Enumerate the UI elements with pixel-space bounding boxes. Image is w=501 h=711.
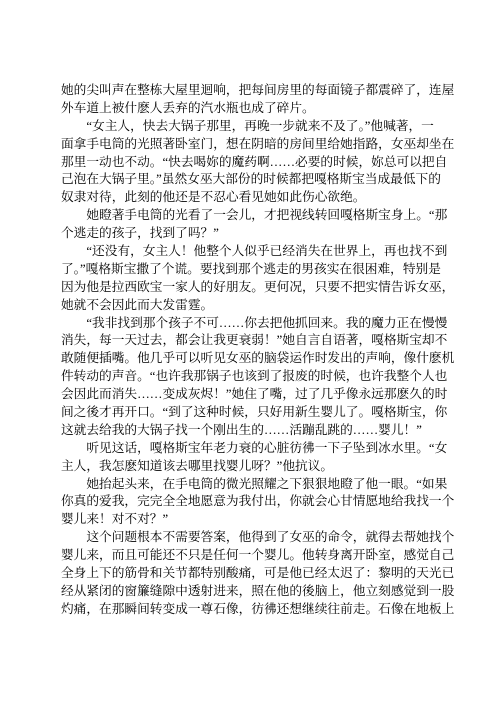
text-line: 婴儿来，而且可能还不只是任何一个婴儿。他转身离开卧室，感觉自己	[61, 547, 457, 565]
text-line: 你真的爱我，完完全全地愿意为我付出，你就会心甘情愿地给我找一个	[61, 493, 457, 511]
text-content: 她的尖叫声在整栋大屋里迴响，把每间房里的每面镜子都震碎了，连屋外车道上被什麽人丢…	[61, 82, 457, 619]
paragraph: 听见这话，嘎格斯宝年老力衰的心脏彷彿一下子坠到冰水里。“女主人，我怎麽知道该去哪…	[61, 440, 457, 476]
document-page: 她的尖叫声在整栋大屋里迴响，把每间房里的每面镜子都震碎了，连屋外车道上被什麽人丢…	[0, 0, 501, 711]
text-line: 消失，每一天过去，都会让我更衰弱！”她自言自语著，嘎格斯宝却不	[61, 332, 457, 350]
text-line: 灼痛，在那瞬间转变成一尊石像，彷彿还想继续往前走。石像在地板上	[61, 601, 457, 619]
text-line: 婴儿来！对不对？”	[61, 511, 457, 529]
text-line: 敢随便插嘴。他几乎可以听见女巫的脑袋运作时发出的声响，像什麽机	[61, 350, 457, 368]
text-line: 因为他是拉西欧宝一家人的好朋友。更何况，只要不把实情告诉女巫，	[61, 279, 457, 297]
text-line: 那里一动也不动。“快去喝妳的魔药啊……必要的时候，妳总可以把自	[61, 154, 457, 172]
text-line: 面拿手电筒的光照著卧室门，想在阴暗的房间里给她指路，女巫却坐在	[61, 136, 457, 154]
text-line: “我非找到那个孩子不可……你去把他抓回来。我的魔力正在慢慢	[61, 315, 457, 333]
paragraph: 她瞪著手电筒的光看了一会儿，才把视线转回嘎格斯宝身上。“那个逃走的孩子，找到了吗…	[61, 207, 457, 243]
text-line: “女主人，快去大锅子那里，再晚一步就来不及了。”他喊著，一	[61, 118, 457, 136]
paragraph: 这个问题根本不需要答案，他得到了女巫的命令，就得去帮她找个婴儿来，而且可能还不只…	[61, 529, 457, 618]
paragraph: 她的尖叫声在整栋大屋里迴响，把每间房里的每面镜子都震碎了，连屋外车道上被什麽人丢…	[61, 82, 457, 118]
paragraph: “女主人，快去大锅子那里，再晚一步就来不及了。”他喊著，一面拿手电筒的光照著卧室…	[61, 118, 457, 207]
text-line: 奴隶对待，此刻的他还是不忍心看见她如此伤心欲绝。	[61, 189, 457, 207]
text-line: 这就去给我的大锅子找一个刚出生的……活蹦乱跳的……婴儿！”	[61, 422, 457, 440]
text-line: 了。”嘎格斯宝撒了个谎。要找到那个逃走的男孩实在很困难，特别是	[61, 261, 457, 279]
text-line: 听见这话，嘎格斯宝年老力衰的心脏彷彿一下子坠到冰水里。“女	[61, 440, 457, 458]
text-line: 件转动的声音。“也许我那锅子也该到了报废的时候，也许我整个人也	[61, 368, 457, 386]
text-line: 她抬起头来，在手电筒的微光照耀之下狠狠地瞪了他一眼。“如果	[61, 476, 457, 494]
text-line: 主人，我怎麽知道该去哪里找婴儿呀？”他抗议。	[61, 458, 457, 476]
paragraph: “我非找到那个孩子不可……你去把他抓回来。我的魔力正在慢慢消失，每一天过去，都会…	[61, 315, 457, 440]
text-line: “还没有，女主人！他整个人似乎已经消失在世界上，再也找不到	[61, 243, 457, 261]
text-line: 她瞪著手电筒的光看了一会儿，才把视线转回嘎格斯宝身上。“那	[61, 207, 457, 225]
text-line: 经从紧闭的窗簾缝隙中透射进来，照在他的後脑上，他立刻感觉到一股	[61, 583, 457, 601]
text-line: 她就不会因此而大发雷霆。	[61, 297, 457, 315]
text-line: 己泡在大锅子里。”虽然女巫大部份的时候都把嘎格斯宝当成最低下的	[61, 171, 457, 189]
text-line: 这个问题根本不需要答案，他得到了女巫的命令，就得去帮她找个	[61, 529, 457, 547]
paragraph: “还没有，女主人！他整个人似乎已经消失在世界上，再也找不到了。”嘎格斯宝撒了个谎…	[61, 243, 457, 315]
text-line: 全身上下的筋骨和关节都特别酸痛，可是他已经太迟了：黎明的天光已	[61, 565, 457, 583]
text-line: 间之後才再开口。“到了这种时候，只好用新生婴儿了。嘎格斯宝，你	[61, 404, 457, 422]
text-line: 外车道上被什麽人丢弃的汽水瓶也成了碎片。	[61, 100, 457, 118]
text-line: 个逃走的孩子，找到了吗？”	[61, 225, 457, 243]
text-line: 会因此而消失……变成灰烬！”她住了嘴，过了几乎像永远那麽久的时	[61, 386, 457, 404]
paragraph: 她抬起头来，在手电筒的微光照耀之下狠狠地瞪了他一眼。“如果你真的爱我，完完全全地…	[61, 476, 457, 530]
text-line: 她的尖叫声在整栋大屋里迴响，把每间房里的每面镜子都震碎了，连屋	[61, 82, 457, 100]
